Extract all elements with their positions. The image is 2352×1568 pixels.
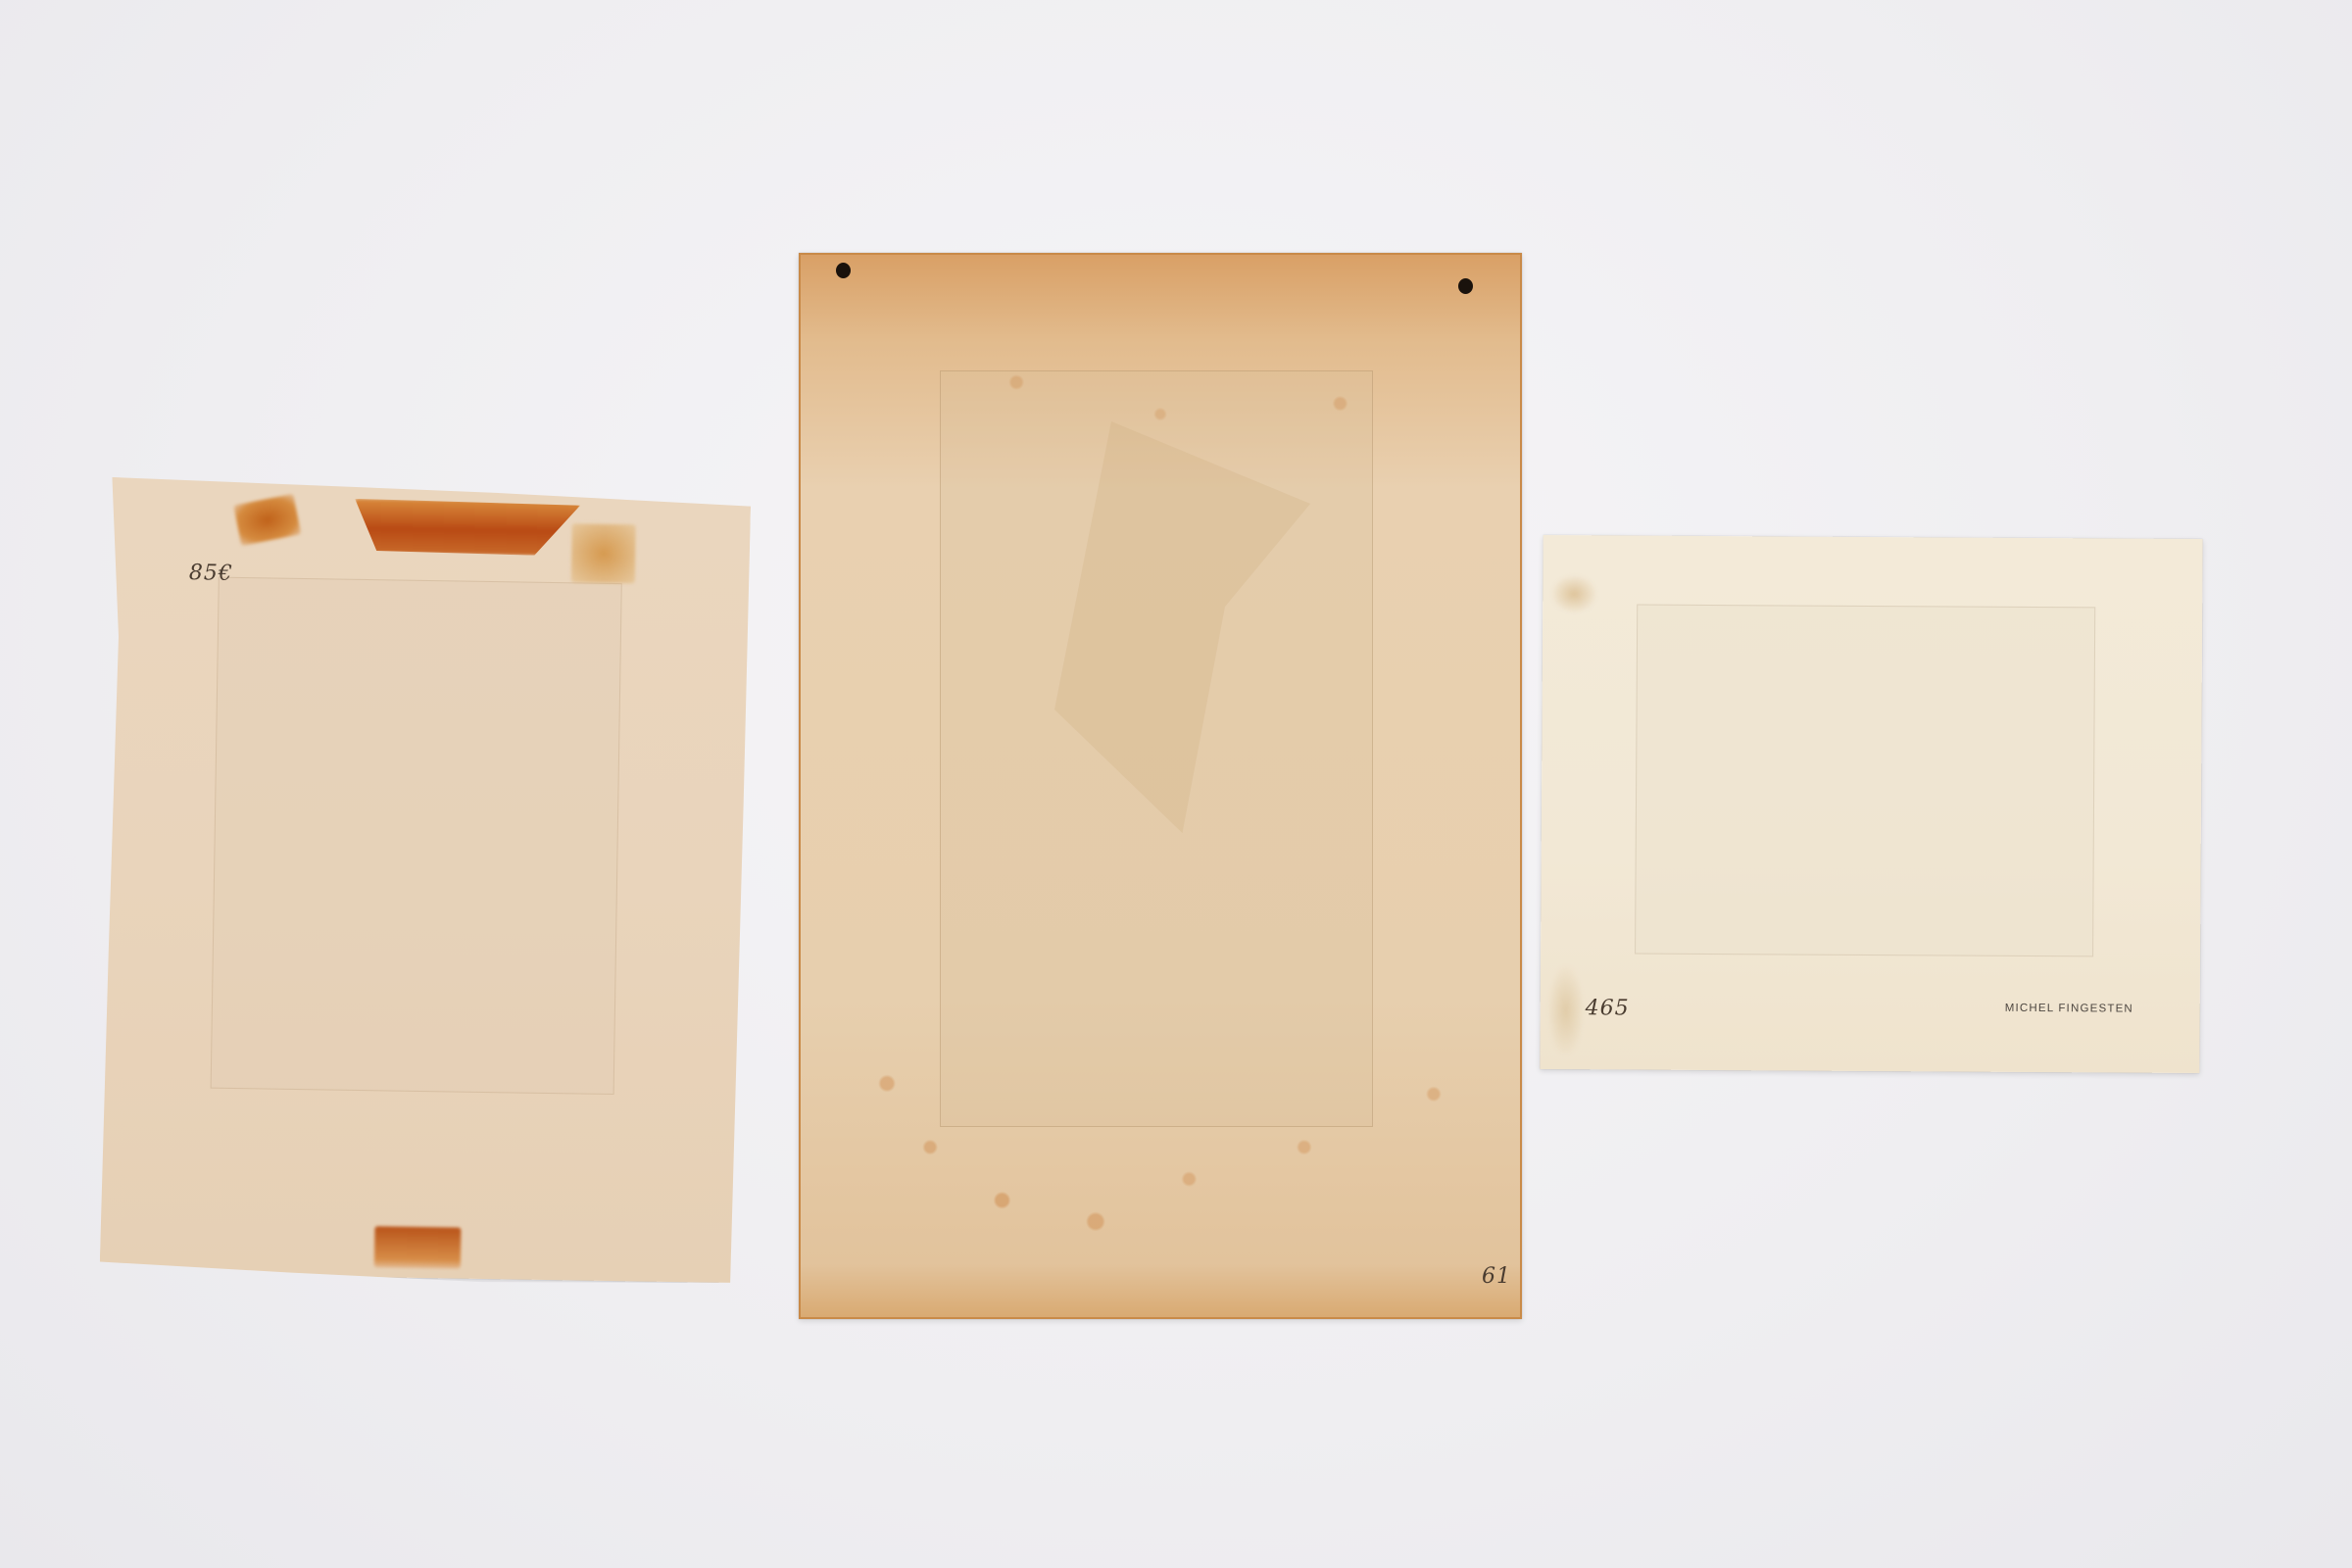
tape-stain xyxy=(374,1226,462,1268)
tape-stain xyxy=(571,523,636,583)
paper-sheet-middle: 61 xyxy=(799,253,1522,1319)
price-annotation: 85€ xyxy=(189,561,233,586)
paper-sheet-right: 465 MICHEL FINGESTEN xyxy=(1540,535,2202,1073)
tape-stain xyxy=(233,494,301,546)
plate-mark xyxy=(211,577,622,1095)
tape-stain xyxy=(354,499,580,557)
punch-hole xyxy=(1458,278,1473,294)
plate-mark xyxy=(1635,605,2095,957)
paper-sheet-left: 85€ xyxy=(100,477,752,1283)
number-annotation: 465 xyxy=(1586,996,1630,1020)
artist-stamp: MICHEL FINGESTEN xyxy=(2005,1003,2133,1015)
foxing-stain xyxy=(1550,574,1597,613)
foxing-stain xyxy=(1547,966,1584,1054)
punch-hole xyxy=(836,263,851,278)
number-annotation: 61 xyxy=(1482,1264,1511,1289)
